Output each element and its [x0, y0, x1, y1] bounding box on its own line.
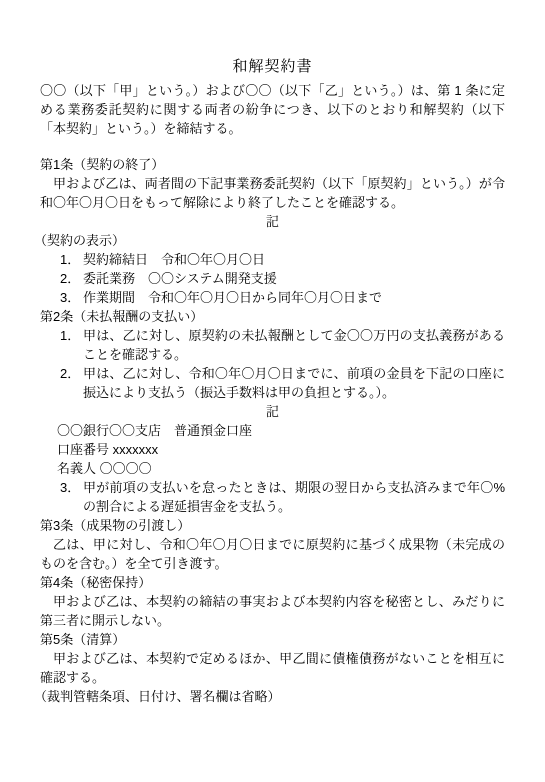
- article-4-body: 甲および乙は、本契約の締結の事実および本契約内容を秘密とし、みだりに第三者に開示…: [40, 592, 505, 630]
- intro-paragraph: 〇〇（以下「甲」という。）および〇〇（以下「乙」という。）は、第 1 条に定める…: [40, 81, 505, 138]
- document-content: 和解契約書 〇〇（以下「甲」という。）および〇〇（以下「乙」という。）は、第 1…: [0, 0, 545, 706]
- contract-display-item-2: 2． 委託業務 〇〇システム開発支援: [40, 269, 505, 288]
- blank-line: [40, 138, 505, 155]
- document-page: 和解契約書 〇〇（以下「甲」という。）および〇〇（以下「乙」という。）は、第 1…: [0, 0, 545, 782]
- article-5-body: 甲および乙は、本契約で定めるほか、甲乙間に債権債務がないことを相互に確認する。: [40, 649, 505, 687]
- item-text: 甲は、乙に対し、原契約の未払報酬として金〇〇万円の支払義務があることを確認する。: [83, 326, 505, 364]
- item-number: 1．: [60, 250, 83, 269]
- ki-marker-2: 記: [40, 402, 505, 421]
- contract-display-item-3: 3． 作業期間 令和〇年〇月〇日から同年〇月〇日まで: [40, 288, 505, 307]
- item-text: 作業期間 令和〇年〇月〇日から同年〇月〇日まで: [83, 288, 505, 307]
- article-2-item-1: 1． 甲は、乙に対し、原契約の未払報酬として金〇〇万円の支払義務があることを確認…: [40, 326, 505, 364]
- item-text: 委託業務 〇〇システム開発支援: [83, 269, 505, 288]
- article-2-heading: 第2条（未払報酬の支払い）: [40, 307, 505, 326]
- bank-account-line-2: 口座番号 xxxxxxx: [57, 440, 505, 459]
- item-text: 契約締結日 令和〇年〇月〇日: [83, 250, 505, 269]
- article-3-body: 乙は、甲に対し、令和〇年〇月〇日までに原契約に基づく成果物（未完成のものを含む。…: [40, 535, 505, 573]
- document-title: 和解契約書: [40, 56, 505, 78]
- bank-account-line-3: 名義人 〇〇〇〇: [57, 459, 505, 478]
- article-2-item-2: 2． 甲は、乙に対し、令和〇年〇月〇日までに、前項の金員を下記の口座に振込により…: [40, 364, 505, 402]
- article-3-heading: 第3条（成果物の引渡し）: [40, 516, 505, 535]
- item-text: 甲が前項の支払いを怠ったときは、期限の翌日から支払済みまで年〇%の割合による遅延…: [83, 478, 505, 516]
- item-number: 3．: [60, 288, 83, 307]
- item-number: 3．: [60, 478, 83, 516]
- item-number: 2．: [60, 364, 83, 402]
- ki-marker-1: 記: [40, 212, 505, 231]
- article-1-heading: 第1条（契約の終了）: [40, 155, 505, 174]
- article-2-item-3: 3． 甲が前項の支払いを怠ったときは、期限の翌日から支払済みまで年〇%の割合によ…: [40, 478, 505, 516]
- item-number: 1．: [60, 326, 83, 364]
- contract-display-item-1: 1． 契約締結日 令和〇年〇月〇日: [40, 250, 505, 269]
- article-4-heading: 第4条（秘密保持）: [40, 573, 505, 592]
- article-5-heading: 第5条（清算）: [40, 630, 505, 649]
- footer-note: （裁判管轄条項、日付け、署名欄は省略）: [34, 687, 505, 706]
- item-text: 甲は、乙に対し、令和〇年〇月〇日までに、前項の金員を下記の口座に振込により支払う…: [83, 364, 505, 402]
- bank-account-line-1: 〇〇銀行〇〇支店 普通預金口座: [57, 421, 505, 440]
- contract-display-heading: （契約の表示）: [34, 231, 505, 250]
- item-number: 2．: [60, 269, 83, 288]
- article-1-body: 甲および乙は、両者間の下記事業務委託契約（以下「原契約」という。）が令和〇年〇月…: [40, 174, 505, 212]
